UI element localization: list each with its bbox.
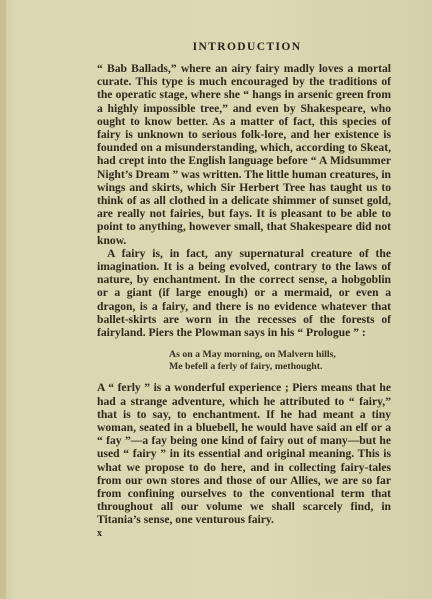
paragraph-1: “ Bab Ballads,” where an airy fairy madl… xyxy=(97,62,391,247)
page-edge-shadow xyxy=(0,0,6,599)
book-page: INTRODUCTION “ Bab Ballads,” where an ai… xyxy=(97,41,391,539)
verse-quote: As on a May morning, on Malvern hills, M… xyxy=(97,349,391,372)
paragraph-2: A fairy is, in fact, any supernatural cr… xyxy=(97,247,391,339)
verse-line-1: As on a May morning, on Malvern hills, xyxy=(169,349,391,361)
page-number: x xyxy=(97,528,391,539)
chapter-title: INTRODUCTION xyxy=(97,41,391,53)
verse-line-2: Me befell a ferly of fairy, methought. xyxy=(169,361,391,373)
paragraph-3: A “ ferly ” is a wonderful experience ; … xyxy=(97,381,391,526)
